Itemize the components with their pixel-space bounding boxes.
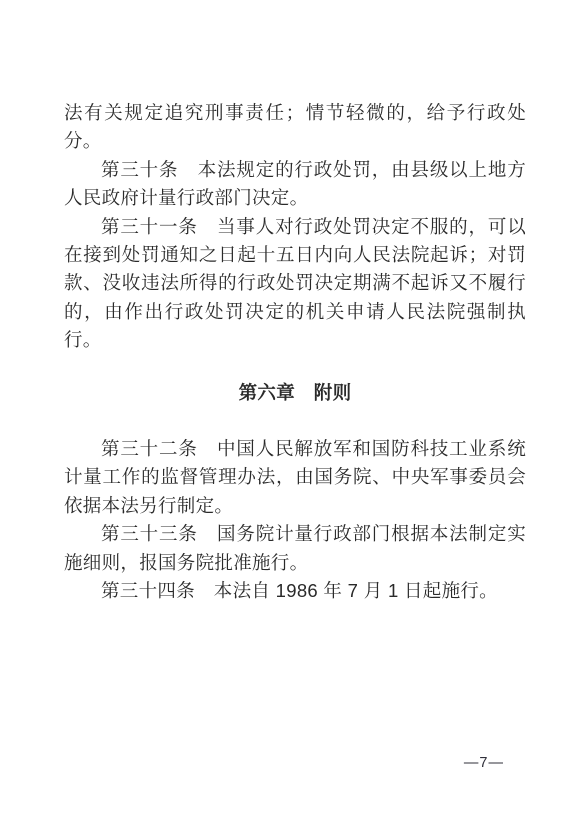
document-body: 法有关规定追究刑事责任；情节轻微的，给予行政处分。 第三十条 本法规定的行政处罚… bbox=[64, 99, 526, 606]
page-number: —7— bbox=[464, 753, 504, 773]
paragraph-continuation: 法有关规定追究刑事责任；情节轻微的，给予行政处分。 bbox=[64, 99, 526, 156]
chapter-heading: 第六章 附则 bbox=[64, 379, 526, 407]
paragraph-article-33: 第三十三条 国务院计量行政部门根据本法制定实施细则，报国务院批准施行。 bbox=[64, 520, 526, 577]
paragraph-article-34: 第三十四条 本法自 1986 年 7 月 1 日起施行。 bbox=[64, 577, 526, 605]
paragraph-article-32: 第三十二条 中国人民解放军和国防科技工业系统计量工作的监督管理办法，由国务院、中… bbox=[64, 435, 526, 520]
document-page: 法有关规定追究刑事责任；情节轻微的，给予行政处分。 第三十条 本法规定的行政处罚… bbox=[0, 0, 584, 831]
paragraph-article-30: 第三十条 本法规定的行政处罚，由县级以上地方人民政府计量行政部门决定。 bbox=[64, 156, 526, 213]
paragraph-article-31: 第三十一条 当事人对行政处罚决定不服的，可以在接到处罚通知之日起十五日内向人民法… bbox=[64, 213, 526, 355]
